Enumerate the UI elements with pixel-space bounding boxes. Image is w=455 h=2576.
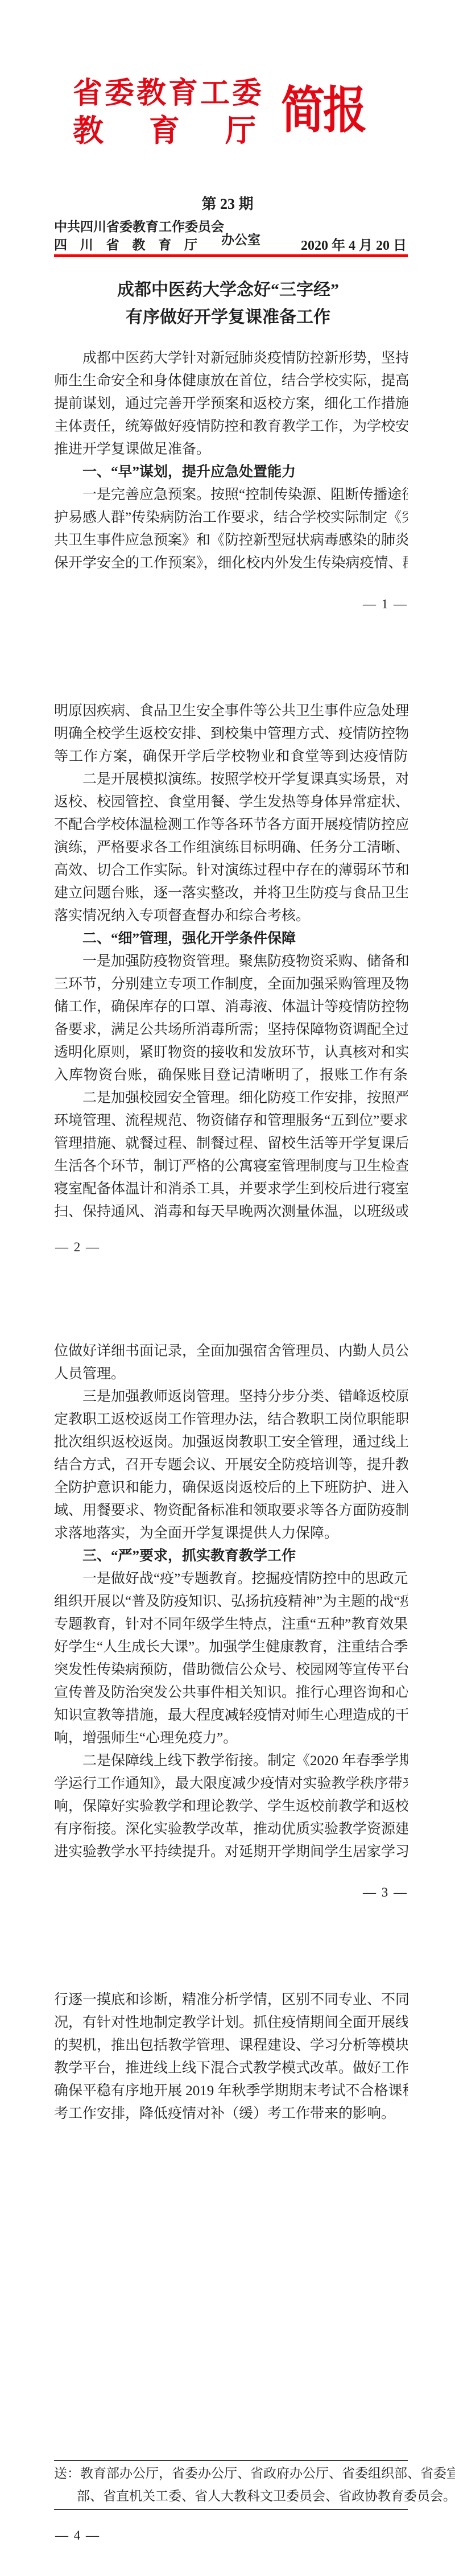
text-line: 备要求，满足公共场所消毒所需；坚持保障物资调配全过程公开化、 [54,1019,408,1041]
text-line: 位做好详细书面记录，全面加强宿舍管理员、内勤人员公寓维修等 [54,1340,408,1363]
text-line: 突发性传染病预防，借助微信公众号、校园网等宣传平台，大力 [54,1659,408,1681]
text-line: 专题教育，针对不同年级学生特点，注重“五种”教育效果，上 [54,1613,408,1636]
text-line: 确保平稳有序地开展 2019 年秋季学期期末考试不合格课程补(缓) [54,2080,408,2103]
text-line: 不配合学校体温检测工作等各环节各方面开展疫情防控应急处置 [54,814,408,836]
text-line: 人员管理。 [54,1363,408,1386]
publisher-office: 办公室 [221,229,260,248]
document-title-line1: 成都中医药大学念好“三字经” [54,277,402,304]
page-4-number: — 4 — [55,2528,100,2544]
text-line: 落实情况纳入专项督查督办和综合考核。 [54,905,408,928]
text-line: 一是做好战“疫”专题教育。挖掘疫情防控中的思政元素， [54,1568,408,1590]
text-line: 知识宣教等措施，最大程度减轻疫情对师生心理造成的干扰和影 [54,1704,408,1727]
text-line: 明原因疾病、食品卫生安全事件等公共卫生事件应急处理方案， [54,700,408,723]
text-line: 等工作方案，确保开学后学校物业和食堂等到达疫情防控要求。 [54,745,408,768]
page-3-body: 位做好详细书面记录，全面加强宿舍管理员、内勤人员公寓维修等人员管理。三是加强教师… [54,1340,408,1864]
text-line: 生活各个环节，制订严格的公寓寝室管理制度与卫生检查制度，按 [54,1155,408,1178]
text-line: 寝室配备体温计和消杀工具，并要求学生到校后进行寝室卫生打 [54,1178,408,1201]
distribution-list: 送：教育部办公厅，省委办公厅、省政府办公厅、省委组织部、省委宣传 部、省直机关工… [54,2461,408,2509]
text-line: 宣传普及防治突发公共事件相关知识。推行心理咨询和心理防疫 [54,1681,408,1704]
text-line: 明确全校学生返校安排、到校集中管理方式、疫情防控物资配备 [54,723,408,745]
text-line: 一是加强防疫物资管理。聚焦防疫物资采购、储备和调配使用 [54,950,408,973]
text-line: 二、“细”管理，强化开学条件保障 [54,928,408,950]
text-line: 透明化原则，紧盯物资的接收和发放环节，认真核对和实时更新出 [54,1041,408,1064]
masthead-org-line2: 教 育 厅 [73,114,256,148]
distribution-footer: 送：教育部办公厅，省委办公厅、省政府办公厅、省委组织部、省委宣传 部、省直机关工… [54,2460,408,2510]
text-line: 二是保障线上线下教学衔接。制定《2020 年春季学期实验教 [54,1750,408,1773]
text-line: 返校、校园管控、食堂用餐、学生发热等身体异常症状、外来人员 [54,791,408,814]
document-title-line2: 有序做好开学复课准备工作 [54,304,402,331]
page-1-body: 成都中医药大学针对新冠肺炎疫情防控新形势，坚持把守护师生生命安全和身体健康放在首… [54,347,408,575]
text-line: 提前谋划，通过完善开学预案和返校方案，细化工作措施，压实 [54,393,408,415]
text-line: 三、“严”要求，抓实教育教学工作 [54,1545,408,1568]
text-line: 一是完善应急预案。按照“控制传染源、阻断传播途径、保 [54,484,408,506]
text-line: 进实验教学水平持续提升。对延期开学期间学生居家学习情况进 [54,1841,408,1864]
text-line: 共卫生事件应急预案》和《防控新型冠状病毒感染的肺炎疫情确 [54,529,408,552]
issue-number: 第 23 期 [54,196,401,213]
text-line: 全防护意识和能力，确保返岗返校后的上下班防护、进入工作区 [54,1477,408,1499]
masthead-bulletin-title: 简报 [281,85,365,138]
text-line: 定教职工返校返岗工作管理办法，结合教职工岗位职能职责，分 [54,1408,408,1431]
text-line: 二是加强校园安全管理。细化防疫工作安排，按照严密部署、 [54,1087,408,1110]
document-title: 成都中医药大学念好“三字经” 有序做好开学复课准备工作 [54,277,402,331]
page-1-number: — 1 — [54,596,408,612]
text-line: 域、用餐要求、物资配备标准和领取要求等各方面防疫制度和要 [54,1499,408,1522]
text-line: 建立问题台账，逐一落实整改，并将卫生防疫与食品卫生安全职责 [54,882,408,905]
text-line: 成都中医药大学针对新冠肺炎疫情防控新形势，坚持把守护 [54,347,408,370]
distribution-line2: 部、省直机关工委、省人大教科文卫委员会、省政协教育委员会。 [54,2485,408,2508]
text-line: 响，保障好实验教学和理论教学、学生返校前教学和返校后教学 [54,1795,408,1818]
masthead-org-line1: 省委教育工委 [73,77,260,110]
text-line: 保开学安全的工作预案》，细化校内外发生传染病疫情、群体性不 [54,552,408,575]
page-2-number: — 2 — [55,1239,100,1255]
text-line: 的契机，推出包括教学管理、课程建设、学习分析等模块的网络 [54,2034,408,2057]
publisher-row: 中共四川省委教育工作委员会 四 川 省 教 育 厅 办公室 2020 年 4 月… [54,219,408,253]
footer-bottom-rule [54,2509,408,2510]
text-line: 行逐一摸底和诊断，精准分析学情，区别不同专业、不同年级情 [54,1989,408,2012]
page-2-body: 明原因疾病、食品卫生安全事件等公共卫生事件应急处理方案，明确全校学生返校安排、到… [54,700,408,1223]
masthead-org-block: 省委教育工委 教 育 厅 [73,77,260,148]
text-line: 管理措施、就餐过程、制餐过程、留校生活等开学复课后师生学习 [54,1132,408,1155]
text-line: 考工作安排，降低疫情对补（缓）考工作带来的影响。 [54,2103,408,2125]
text-line: 响，增强师生“心理免疫力”。 [54,1727,408,1750]
text-line: 入库物资台账，确保账目登记清晰明了，报账工作有条不紊。 [54,1064,408,1087]
text-line: 环境管理、流程规范、物资储存和管理服务“五到位”要求，围绕 [54,1110,408,1132]
text-line: 高效、切合工作实际。针对演练过程中存在的薄弱环节和重要问题， [54,859,408,882]
text-line: 三环节，分别建立专项工作制度，全面加强采购管理及物资验收存 [54,973,408,996]
text-line: 储工作，确保库存的口罩、消毒液、体温计等疫情防控物资达到储 [54,996,408,1019]
publisher-line2: 四 川 省 教 育 厅 [54,237,197,253]
text-line: 主体责任，统筹做好疫情防控和教育教学工作，为学校安全有序 [54,415,408,438]
text-line: 求落地落实，为全面开学复课提供人力保障。 [54,1522,408,1545]
text-line: 扫、保持通风、消毒和每天早晚两次测量体温，以班级或年级为单 [54,1201,408,1223]
text-line: 教学平台，推进线上线下混合式教学模式改革。做好工作方案， [54,2057,408,2080]
text-line: 演练，严格要求各工作组演练目标明确、任务分工清晰、协同配合 [54,836,408,859]
text-line: 护易感人群”传染病防治工作要求，结合学校实际制定《突发公 [54,506,408,529]
text-line: 好学生“人生成长大课”。加强学生健康教育，注重结合季节性、 [54,1636,408,1659]
red-divider-rule [54,254,408,257]
page-4-body: 行逐一摸底和诊断，精准分析学情，区别不同专业、不同年级情况，有针对性地制定教学计… [54,1989,408,2125]
text-line: 三是加强教师返岗管理。坚持分步分类、错峰返校原则，制 [54,1386,408,1408]
text-line: 一、“早”谋划，提升应急处置能力 [54,461,408,484]
text-line: 二是开展模拟演练。按照学校开学复课真实场景，对全校师生 [54,768,408,791]
text-line: 有序衔接。深化实验教学改革，推动优质实验教学资源建设，促 [54,1818,408,1841]
text-line: 学运行工作通知》，最大限度减少疫情对实验教学秩序带来的影 [54,1773,408,1795]
text-line: 况，有针对性地制定教学计划。抓住疫情期间全面开展线上教学 [54,2012,408,2034]
bulletin-document: 省委教育工委 教 育 厅 简报 第 23 期 中共四川省委教育工作委员会 四 川… [0,0,455,2576]
text-line: 师生生命安全和身体健康放在首位，结合学校实际，提高站位、 [54,370,408,393]
text-line: 结合方式，召开专题会议、开展安全防疫培训等，提升教职工安 [54,1454,408,1477]
text-line: 组织开展以“普及防疫知识、弘扬抗疫精神”为主题的战“疫” [54,1590,408,1613]
page-3-number: — 3 — [54,1885,408,1901]
text-line: 批次组织返校返岗。加强返岗教职工安全管理，通过线上线下相 [54,1431,408,1454]
distribution-line1: 送：教育部办公厅，省委办公厅、省政府办公厅、省委组织部、省委宣传 [54,2462,408,2485]
publish-date: 2020 年 4 月 20 日 [301,234,407,254]
text-line: 推进开学复课做足准备。 [54,438,408,461]
